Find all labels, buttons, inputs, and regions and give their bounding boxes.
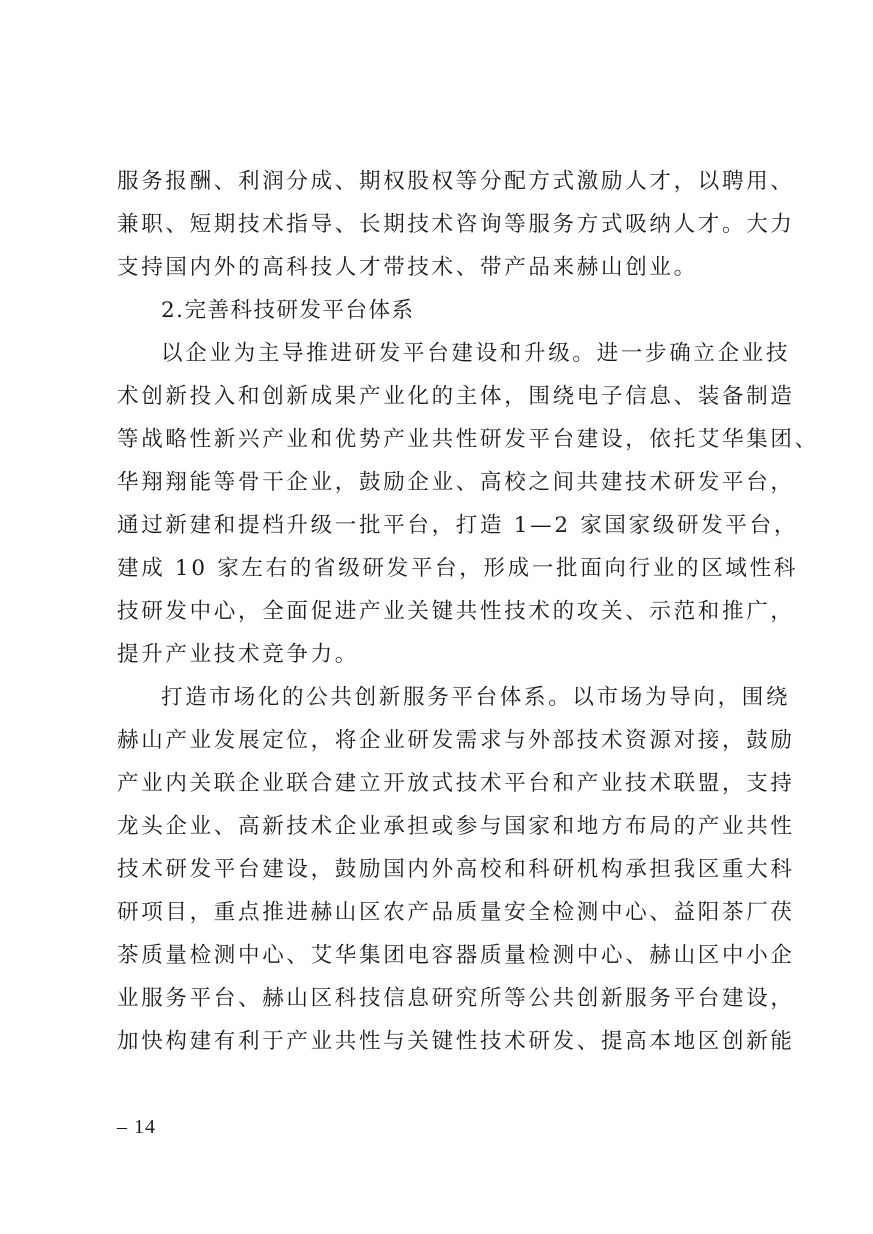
text-line: 茶质量检测中心、艾华集团电容器质量检测中心、赫山区中小企 (117, 934, 783, 977)
text-line: 建成 10 家左右的省级研发平台，形成一批面向行业的区域性科 (117, 547, 783, 590)
text-line: 研项目，重点推进赫山区农产品质量安全检测中心、益阳茶厂茯 (117, 891, 783, 934)
text-line: 龙头企业、高新技术企业承担或参与国家和地方布局的产业共性 (117, 805, 783, 848)
text-line: 术创新投入和创新成果产业化的主体，围绕电子信息、装备制造 (117, 375, 783, 418)
text-line: 以企业为主导推进研发平台建设和升级。进一步确立企业技 (117, 332, 783, 375)
text-line: 兼职、短期技术指导、长期技术咨询等服务方式吸纳人才。大力 (117, 203, 783, 246)
page-number: – 14 (117, 1116, 156, 1139)
section-heading: 2.完善科技研发平台体系 (117, 289, 783, 332)
text-line: 通过新建和提档升级一批平台，打造 1—2 家国家级研发平台， (117, 504, 783, 547)
text-line: 华翔翔能等骨干企业，鼓励企业、高校之间共建技术研发平台， (117, 461, 783, 504)
text-line: 加快构建有利于产业共性与关键性技术研发、提高本地区创新能 (117, 1020, 783, 1063)
text-line: 打造市场化的公共创新服务平台体系。以市场为导向，围绕 (117, 676, 783, 719)
text-line: 服务报酬、利润分成、期权股权等分配方式激励人才，以聘用、 (117, 160, 783, 203)
text-line: 技研发中心，全面促进产业关键共性技术的攻关、示范和推广， (117, 590, 783, 633)
text-line: 产业内关联企业联合建立开放式技术平台和产业技术联盟，支持 (117, 762, 783, 805)
text-line: 业服务平台、赫山区科技信息研究所等公共创新服务平台建设， (117, 977, 783, 1020)
body-text: 服务报酬、利润分成、期权股权等分配方式激励人才，以聘用、 兼职、短期技术指导、长… (117, 160, 783, 1063)
text-line: 赫山产业发展定位，将企业研发需求与外部技术资源对接，鼓励 (117, 719, 783, 762)
text-line: 支持国内外的高科技人才带技术、带产品来赫山创业。 (117, 246, 783, 289)
text-line: 技术研发平台建设，鼓励国内外高校和科研机构承担我区重大科 (117, 848, 783, 891)
text-line: 提升产业技术竞争力。 (117, 633, 783, 676)
document-page: 服务报酬、利润分成、期权股权等分配方式激励人才，以聘用、 兼职、短期技术指导、长… (0, 0, 873, 1234)
text-line: 等战略性新兴产业和优势产业共性研发平台建设，依托艾华集团、 (117, 418, 783, 461)
